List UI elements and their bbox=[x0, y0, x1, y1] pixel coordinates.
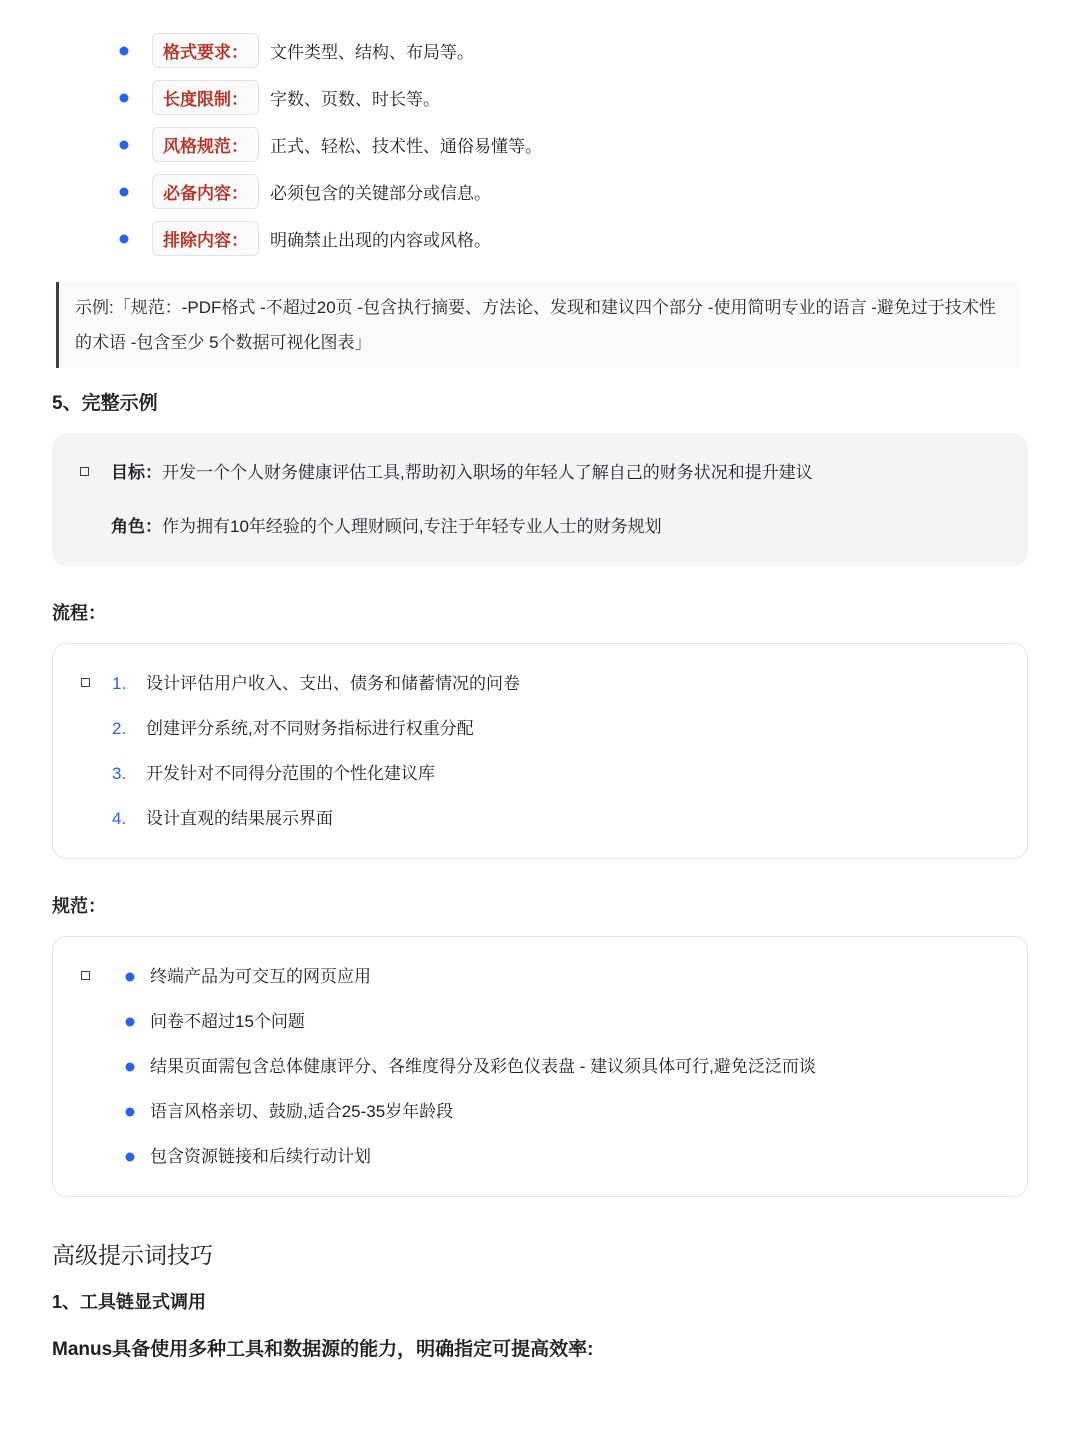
goal-label: 目标： bbox=[111, 463, 162, 482]
spec-item-text: 结果页面需包含总体健康评分、各维度得分及彩色仪表盘 - 建议须具体可行,避免泛泛… bbox=[150, 1057, 816, 1076]
square-bullet-icon bbox=[80, 467, 89, 476]
process-steps-list: 1. 设计评估用户收入、支出、债务和储蓄情况的问卷 2. 创建评分系统,对不同财… bbox=[112, 666, 997, 836]
document-page: 格式要求： 文件类型、结构、布局等。 长度限制： 字数、页数、时长等。 风格规范… bbox=[0, 0, 1080, 1361]
complete-example-body: 目标：开发一个个人财务健康评估工具,帮助初入职场的年轻人了解自己的财务状况和提升… bbox=[111, 455, 998, 544]
constraint-text: 字数、页数、时长等。 bbox=[270, 85, 440, 110]
spec-heading: 规范： bbox=[52, 892, 1028, 918]
spec-item-text: 语言风格亲切、鼓励,适合25-35岁年龄段 bbox=[150, 1102, 453, 1121]
dot-bullet-icon bbox=[126, 1017, 135, 1026]
dot-bullet-icon bbox=[120, 140, 129, 149]
dot-bullet-icon bbox=[120, 187, 129, 196]
step-text: 创建评分系统,对不同财务指标进行权重分配 bbox=[146, 711, 474, 746]
spec-item: 语言风格亲切、鼓励,适合25-35岁年龄段 bbox=[112, 1094, 997, 1129]
example-quote: 示例:「规范：-PDF格式 -不超过20页 -包含执行摘要、方法论、发现和建议四… bbox=[56, 282, 1020, 368]
square-bullet-icon bbox=[81, 971, 90, 980]
constraint-list-item: 风格规范： 正式、轻松、技术性、通俗易懂等。 bbox=[52, 127, 1028, 162]
constraint-list: 格式要求： 文件类型、结构、布局等。 长度限制： 字数、页数、时长等。 风格规范… bbox=[52, 33, 1028, 256]
step-number: 4. bbox=[112, 801, 136, 836]
constraint-list-item: 必备内容： 必须包含的关键部分或信息。 bbox=[52, 174, 1028, 209]
process-step: 1. 设计评估用户收入、支出、债务和储蓄情况的问卷 bbox=[112, 666, 997, 701]
spec-card: 终端产品为可交互的网页应用 问卷不超过15个问题 结果页面需包含总体健康评分、各… bbox=[52, 936, 1028, 1197]
spec-item-text: 问卷不超过15个问题 bbox=[150, 1012, 305, 1031]
advanced-tips-heading: 高级提示词技巧 bbox=[52, 1237, 1028, 1270]
spec-item-text: 终端产品为可交互的网页应用 bbox=[150, 967, 371, 986]
spec-item: 终端产品为可交互的网页应用 bbox=[112, 959, 997, 994]
spec-item: 问卷不超过15个问题 bbox=[112, 1004, 997, 1039]
constraint-text: 文件类型、结构、布局等。 bbox=[270, 38, 474, 63]
dot-bullet-icon bbox=[126, 1062, 135, 1071]
spec-item: 结果页面需包含总体健康评分、各维度得分及彩色仪表盘 - 建议须具体可行,避免泛泛… bbox=[112, 1049, 997, 1084]
constraint-label-chip: 排除内容： bbox=[152, 221, 259, 256]
dot-bullet-icon bbox=[126, 972, 135, 981]
complete-example-card: 目标：开发一个个人财务健康评估工具,帮助初入职场的年轻人了解自己的财务状况和提升… bbox=[52, 433, 1028, 566]
toolchain-heading: 1、工具链显式调用 bbox=[52, 1288, 1028, 1314]
dot-bullet-icon bbox=[126, 1107, 135, 1116]
dot-bullet-icon bbox=[120, 93, 129, 102]
process-heading: 流程： bbox=[52, 599, 1028, 625]
process-step: 4. 设计直观的结果展示界面 bbox=[112, 801, 997, 836]
constraint-text: 正式、轻松、技术性、通俗易懂等。 bbox=[270, 132, 542, 157]
goal-text: 开发一个个人财务健康评估工具,帮助初入职场的年轻人了解自己的财务状况和提升建议 bbox=[162, 463, 813, 482]
step-number: 1. bbox=[112, 666, 136, 701]
toolchain-lead: Manus具备使用多种工具和数据源的能力，明确指定可提高效率: bbox=[52, 1334, 1028, 1361]
spec-item-text: 包含资源链接和后续行动计划 bbox=[150, 1147, 371, 1166]
process-step: 3. 开发针对不同得分范围的个性化建议库 bbox=[112, 756, 997, 791]
constraint-list-item: 长度限制： 字数、页数、时长等。 bbox=[52, 80, 1028, 115]
step-text: 设计直观的结果展示界面 bbox=[146, 801, 333, 836]
step-text: 设计评估用户收入、支出、债务和储蓄情况的问卷 bbox=[146, 666, 520, 701]
constraint-label-chip: 格式要求： bbox=[152, 33, 259, 68]
process-card: 1. 设计评估用户收入、支出、债务和储蓄情况的问卷 2. 创建评分系统,对不同财… bbox=[52, 643, 1028, 859]
step-text: 开发针对不同得分范围的个性化建议库 bbox=[146, 756, 435, 791]
constraint-label-chip: 必备内容： bbox=[152, 174, 259, 209]
constraint-list-item: 格式要求： 文件类型、结构、布局等。 bbox=[52, 33, 1028, 68]
spec-items-list: 终端产品为可交互的网页应用 问卷不超过15个问题 结果页面需包含总体健康评分、各… bbox=[112, 959, 997, 1174]
section-heading-complete-example: 5、完整示例 bbox=[52, 388, 1028, 415]
constraint-text: 明确禁止出现的内容或风格。 bbox=[270, 226, 491, 251]
goal-paragraph: 目标：开发一个个人财务健康评估工具,帮助初入职场的年轻人了解自己的财务状况和提升… bbox=[111, 455, 998, 490]
example-quote-text: 示例:「规范：-PDF格式 -不超过20页 -包含执行摘要、方法论、发现和建议四… bbox=[75, 298, 996, 352]
constraint-label-chip: 风格规范： bbox=[152, 127, 259, 162]
step-number: 3. bbox=[112, 756, 136, 791]
process-step: 2. 创建评分系统,对不同财务指标进行权重分配 bbox=[112, 711, 997, 746]
role-label: 角色： bbox=[111, 517, 162, 536]
dot-bullet-icon bbox=[126, 1152, 135, 1161]
constraint-list-item: 排除内容： 明确禁止出现的内容或风格。 bbox=[52, 221, 1028, 256]
constraint-label-chip: 长度限制： bbox=[152, 80, 259, 115]
dot-bullet-icon bbox=[120, 234, 129, 243]
spec-item: 包含资源链接和后续行动计划 bbox=[112, 1139, 997, 1174]
step-number: 2. bbox=[112, 711, 136, 746]
role-text: 作为拥有10年经验的个人理财顾问,专注于年轻专业人士的财务规划 bbox=[162, 517, 662, 536]
constraint-text: 必须包含的关键部分或信息。 bbox=[270, 179, 491, 204]
role-paragraph: 角色：作为拥有10年经验的个人理财顾问,专注于年轻专业人士的财务规划 bbox=[111, 509, 998, 544]
dot-bullet-icon bbox=[120, 46, 129, 55]
square-bullet-icon bbox=[81, 678, 90, 687]
